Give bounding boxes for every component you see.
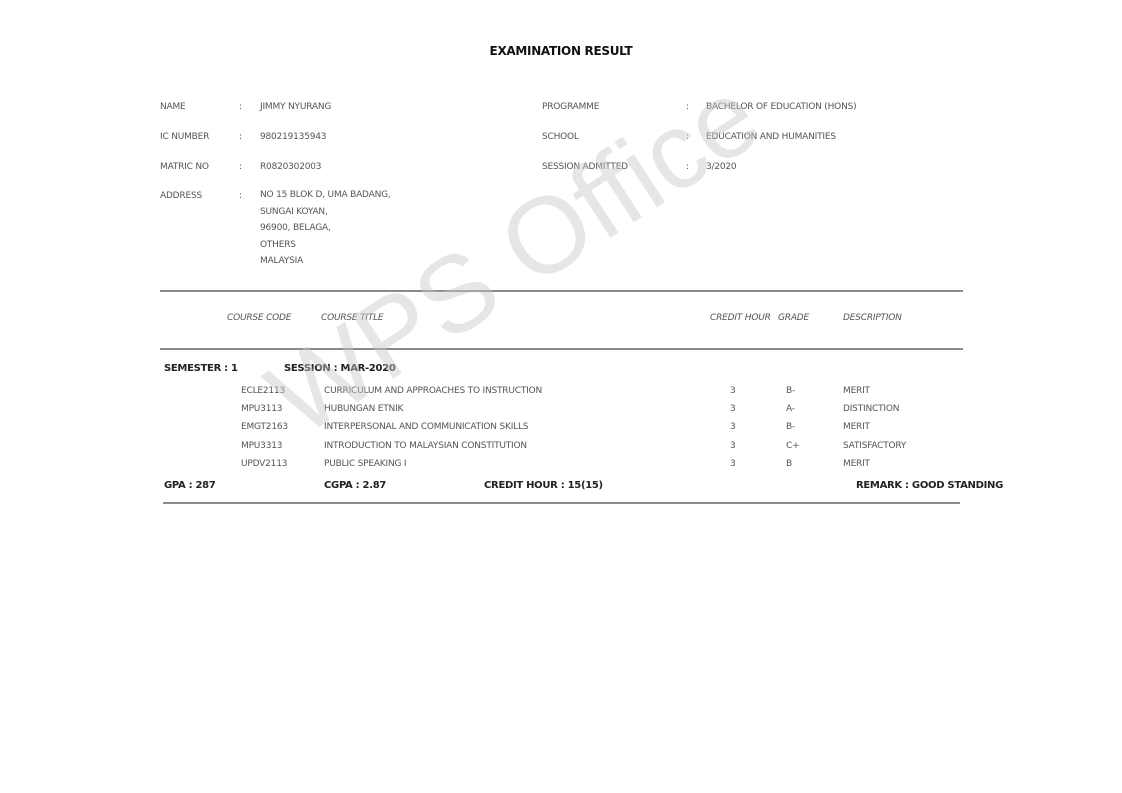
credit-hour: 3 bbox=[730, 422, 736, 432]
name-colon: : bbox=[239, 102, 242, 112]
address-colon: : bbox=[239, 191, 242, 201]
session-label: SESSION : MAR-2020 bbox=[284, 363, 396, 374]
course-title: INTERPERSONAL AND COMMUNICATION SKILLS bbox=[324, 422, 528, 432]
address-line: OTHERS bbox=[260, 237, 391, 254]
course-title: INTRODUCTION TO MALAYSIAN CONSTITUTION bbox=[324, 441, 527, 451]
address-label: ADDRESS bbox=[160, 191, 202, 201]
gpa: GPA : 287 bbox=[164, 480, 216, 491]
name-label: NAME bbox=[160, 102, 186, 112]
course-title: CURRICULUM AND APPROACHES TO INSTRUCTION bbox=[324, 386, 542, 396]
school-colon: : bbox=[686, 132, 689, 142]
programme-label: PROGRAMME bbox=[542, 102, 599, 112]
semester-label: SEMESTER : 1 bbox=[164, 363, 238, 374]
ic-value: 980219135943 bbox=[260, 132, 326, 142]
credit-hour-total: CREDIT HOUR : 15(15) bbox=[484, 480, 603, 491]
header-grade: GRADE bbox=[778, 313, 809, 323]
grade: B- bbox=[786, 422, 795, 432]
ic-label: IC NUMBER bbox=[160, 132, 209, 142]
grade: B- bbox=[786, 386, 795, 396]
course-title: HUBUNGAN ETNIK bbox=[324, 404, 403, 414]
header-course-title: COURSE TITLE bbox=[321, 313, 383, 323]
grade: B bbox=[786, 459, 792, 469]
address-line: MALAYSIA bbox=[260, 253, 391, 270]
header-course-code: COURSE CODE bbox=[227, 313, 291, 323]
credit-hour: 3 bbox=[730, 386, 736, 396]
description: MERIT bbox=[843, 386, 870, 396]
description: MERIT bbox=[843, 422, 870, 432]
header-credit-hour: CREDIT HOUR bbox=[710, 313, 771, 323]
ic-colon: : bbox=[239, 132, 242, 142]
address-line: 96900, BELAGA, bbox=[260, 220, 391, 237]
address-value: NO 15 BLOK D, UMA BADANG, SUNGAI KOYAN, … bbox=[260, 187, 391, 270]
course-code: UPDV2113 bbox=[241, 459, 281, 469]
session-admitted-label: SESSION ADMITTED bbox=[542, 162, 628, 172]
session-admitted-colon: : bbox=[686, 162, 689, 172]
school-label: SCHOOL bbox=[542, 132, 579, 142]
document-title: EXAMINATION RESULT bbox=[0, 44, 1122, 58]
school-value: EDUCATION AND HUMANITIES bbox=[706, 132, 836, 142]
session-admitted-value: 3/2020 bbox=[706, 162, 736, 172]
course-code: MPU3113 bbox=[241, 404, 281, 414]
description: MERIT bbox=[843, 459, 870, 469]
divider-bottom bbox=[163, 502, 960, 504]
course-code: ECLE2113 bbox=[241, 386, 281, 396]
course-code: EMGT2163 bbox=[241, 422, 281, 432]
header-description: DESCRIPTION bbox=[843, 313, 902, 323]
grade: C+ bbox=[786, 441, 799, 451]
remark: REMARK : GOOD STANDING bbox=[856, 480, 1003, 491]
name-value: JIMMY NYURANG bbox=[260, 102, 331, 112]
programme-value: BACHELOR OF EDUCATION (HONS) bbox=[706, 102, 856, 112]
credit-hour: 3 bbox=[730, 404, 736, 414]
description: DISTINCTION bbox=[843, 404, 899, 414]
description: SATISFACTORY bbox=[843, 441, 906, 451]
credit-hour: 3 bbox=[730, 459, 736, 469]
matric-value: R0820302003 bbox=[260, 162, 321, 172]
programme-colon: : bbox=[686, 102, 689, 112]
divider-header bbox=[160, 348, 963, 350]
address-line: NO 15 BLOK D, UMA BADANG, bbox=[260, 187, 391, 204]
cgpa: CGPA : 2.87 bbox=[324, 480, 386, 491]
course-code: MPU3313 bbox=[241, 441, 281, 451]
grade: A- bbox=[786, 404, 795, 414]
course-title: PUBLIC SPEAKING I bbox=[324, 459, 406, 469]
divider-top bbox=[160, 290, 963, 292]
matric-colon: : bbox=[239, 162, 242, 172]
credit-hour: 3 bbox=[730, 441, 736, 451]
matric-label: MATRIC NO bbox=[160, 162, 209, 172]
address-line: SUNGAI KOYAN, bbox=[260, 204, 391, 221]
